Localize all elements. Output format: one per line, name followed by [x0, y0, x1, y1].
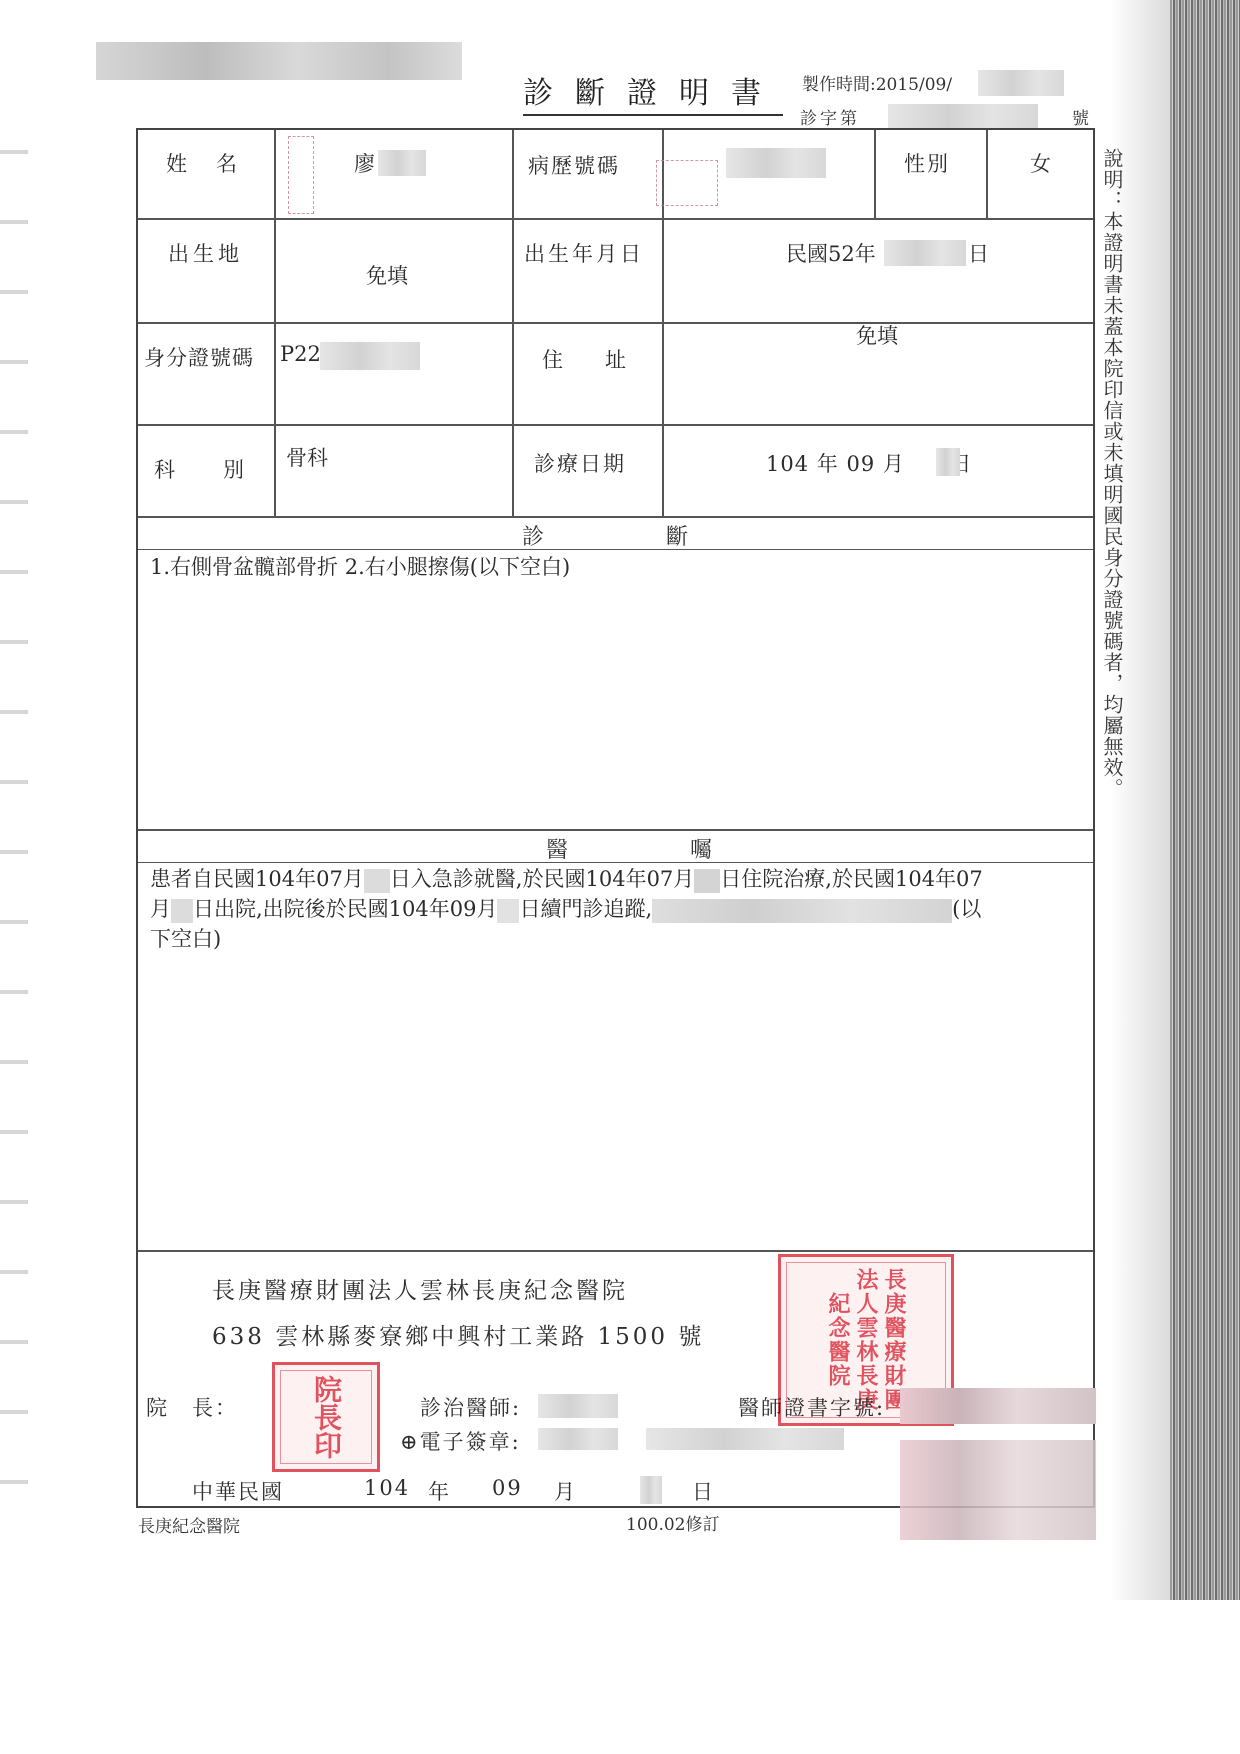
date-year: 104: [364, 1476, 410, 1500]
scan-edge-left: [0, 120, 28, 1520]
id-number-value: P22: [280, 342, 321, 366]
director-label: 院 長：: [146, 1392, 238, 1422]
advice-header: 醫 囑: [546, 833, 714, 864]
birthdate-suffix: 日: [968, 238, 989, 268]
name-value: 廖: [354, 148, 375, 178]
small-seal: [288, 136, 314, 214]
document-title: 診斷證明書: [523, 76, 783, 116]
row-divider: [138, 218, 1093, 220]
small-seal: [656, 160, 718, 206]
birthdate-label: 出生年月日: [524, 238, 644, 268]
redacted-seal-area: [900, 1440, 1096, 1540]
scan-edge: [1170, 0, 1240, 1600]
col-divider: [986, 130, 988, 218]
redacted-esign-2: [646, 1428, 844, 1450]
birthplace-value: 免填: [366, 260, 408, 290]
redacted-date-day: [640, 1476, 662, 1504]
diagnosis-header: 診 斷: [522, 520, 690, 551]
sex-label: 性別: [904, 148, 950, 178]
chart-number-label: 病歷號碼: [528, 150, 620, 180]
visit-year: 104: [766, 452, 809, 476]
redacted-birthdate: [884, 240, 966, 266]
visit-year-unit: 年: [817, 452, 839, 476]
row-divider: [138, 1250, 1093, 1252]
col-divider: [512, 130, 514, 516]
hospital-name: 長庚醫療財團法人雲林長庚紀念醫院: [212, 1272, 628, 1305]
diagnosis-text: 1.右側骨盆髖部骨折 2.右小腿擦傷(以下空白): [150, 552, 1085, 582]
department-label: 科 別: [154, 454, 246, 484]
address-value: 免填: [856, 320, 898, 350]
hospital-short-name: 長庚紀念醫院: [138, 1512, 240, 1537]
redacted-chart-number: [726, 148, 826, 178]
case-number-prefix: 診字第: [800, 104, 860, 129]
advice-line-1: 患者自民國104年07月日入急診就醫,於民國104年07月日住院治療,於民國10…: [150, 864, 1085, 894]
birthplace-label: 出生地: [168, 238, 243, 268]
name-label: 姓 名: [166, 148, 241, 178]
row-divider: [138, 322, 1093, 324]
created-time-value: 2015/09/: [876, 75, 952, 95]
license-label: 醫師證書字號:: [738, 1392, 885, 1422]
date-era: 中華民國: [192, 1476, 284, 1506]
date-month-unit: 月: [554, 1476, 577, 1506]
created-time-label: 製作時間:: [802, 75, 876, 95]
director-seal-stamp: 院長印: [272, 1362, 380, 1472]
redacted-header: [96, 42, 462, 80]
redacted-esign: [538, 1428, 618, 1450]
row-divider: [138, 516, 1093, 518]
redacted-case-number: [888, 104, 1038, 128]
advice-line-2: 月日出院,出院後於民國104年09月日續門診追蹤,(以: [150, 894, 1085, 924]
visit-month-unit: 月: [883, 452, 905, 476]
date-year-unit: 年: [428, 1476, 451, 1506]
created-time: 製作時間:2015/09/: [802, 70, 952, 95]
birthdate-prefix: 民國52年: [786, 238, 876, 268]
date-month: 09: [492, 1476, 523, 1500]
date-day-unit: 日: [692, 1476, 715, 1506]
hospital-address: 638 雲林縣麥寮鄉中興村工業路 1500 號: [212, 1318, 704, 1351]
redacted-license: [900, 1388, 1096, 1424]
col-divider: [874, 130, 876, 218]
visit-month: 09: [846, 452, 875, 476]
row-divider: [138, 424, 1093, 426]
esign-label: ⊕電子簽章:: [400, 1426, 521, 1456]
certificate-form: 姓 名 廖 病歷號碼 性別 女 出生地 免填 出生年月日 民國52年 日 身分證…: [136, 128, 1095, 1508]
advice-line-3: 下空白): [150, 924, 1085, 954]
revision-note: 100.02修訂: [626, 1510, 719, 1535]
sex-value: 女: [1030, 148, 1051, 178]
department-value: 骨科: [286, 442, 328, 472]
case-number-suffix: 號: [1072, 104, 1089, 129]
redacted-doctor: [538, 1394, 618, 1418]
redacted-name: [378, 150, 426, 176]
visit-date-label: 診療日期: [534, 448, 626, 478]
address-label: 住 址: [542, 344, 626, 374]
validity-note: 說明：本證明書未蓋本院印信或未填明國民身分證號碼者，均屬無效。: [1098, 148, 1124, 799]
redacted-id-number: [320, 342, 420, 370]
row-divider: [138, 829, 1093, 831]
col-divider: [274, 130, 276, 516]
advice-text: 患者自民國104年07月日入急診就醫,於民國104年07月日住院治療,於民國10…: [150, 864, 1085, 954]
id-number-label: 身分證號碼: [144, 342, 254, 372]
doctor-label: 診治醫師:: [420, 1392, 521, 1422]
redacted-created-day: [978, 70, 1064, 96]
redacted-visit-day: [936, 448, 960, 476]
